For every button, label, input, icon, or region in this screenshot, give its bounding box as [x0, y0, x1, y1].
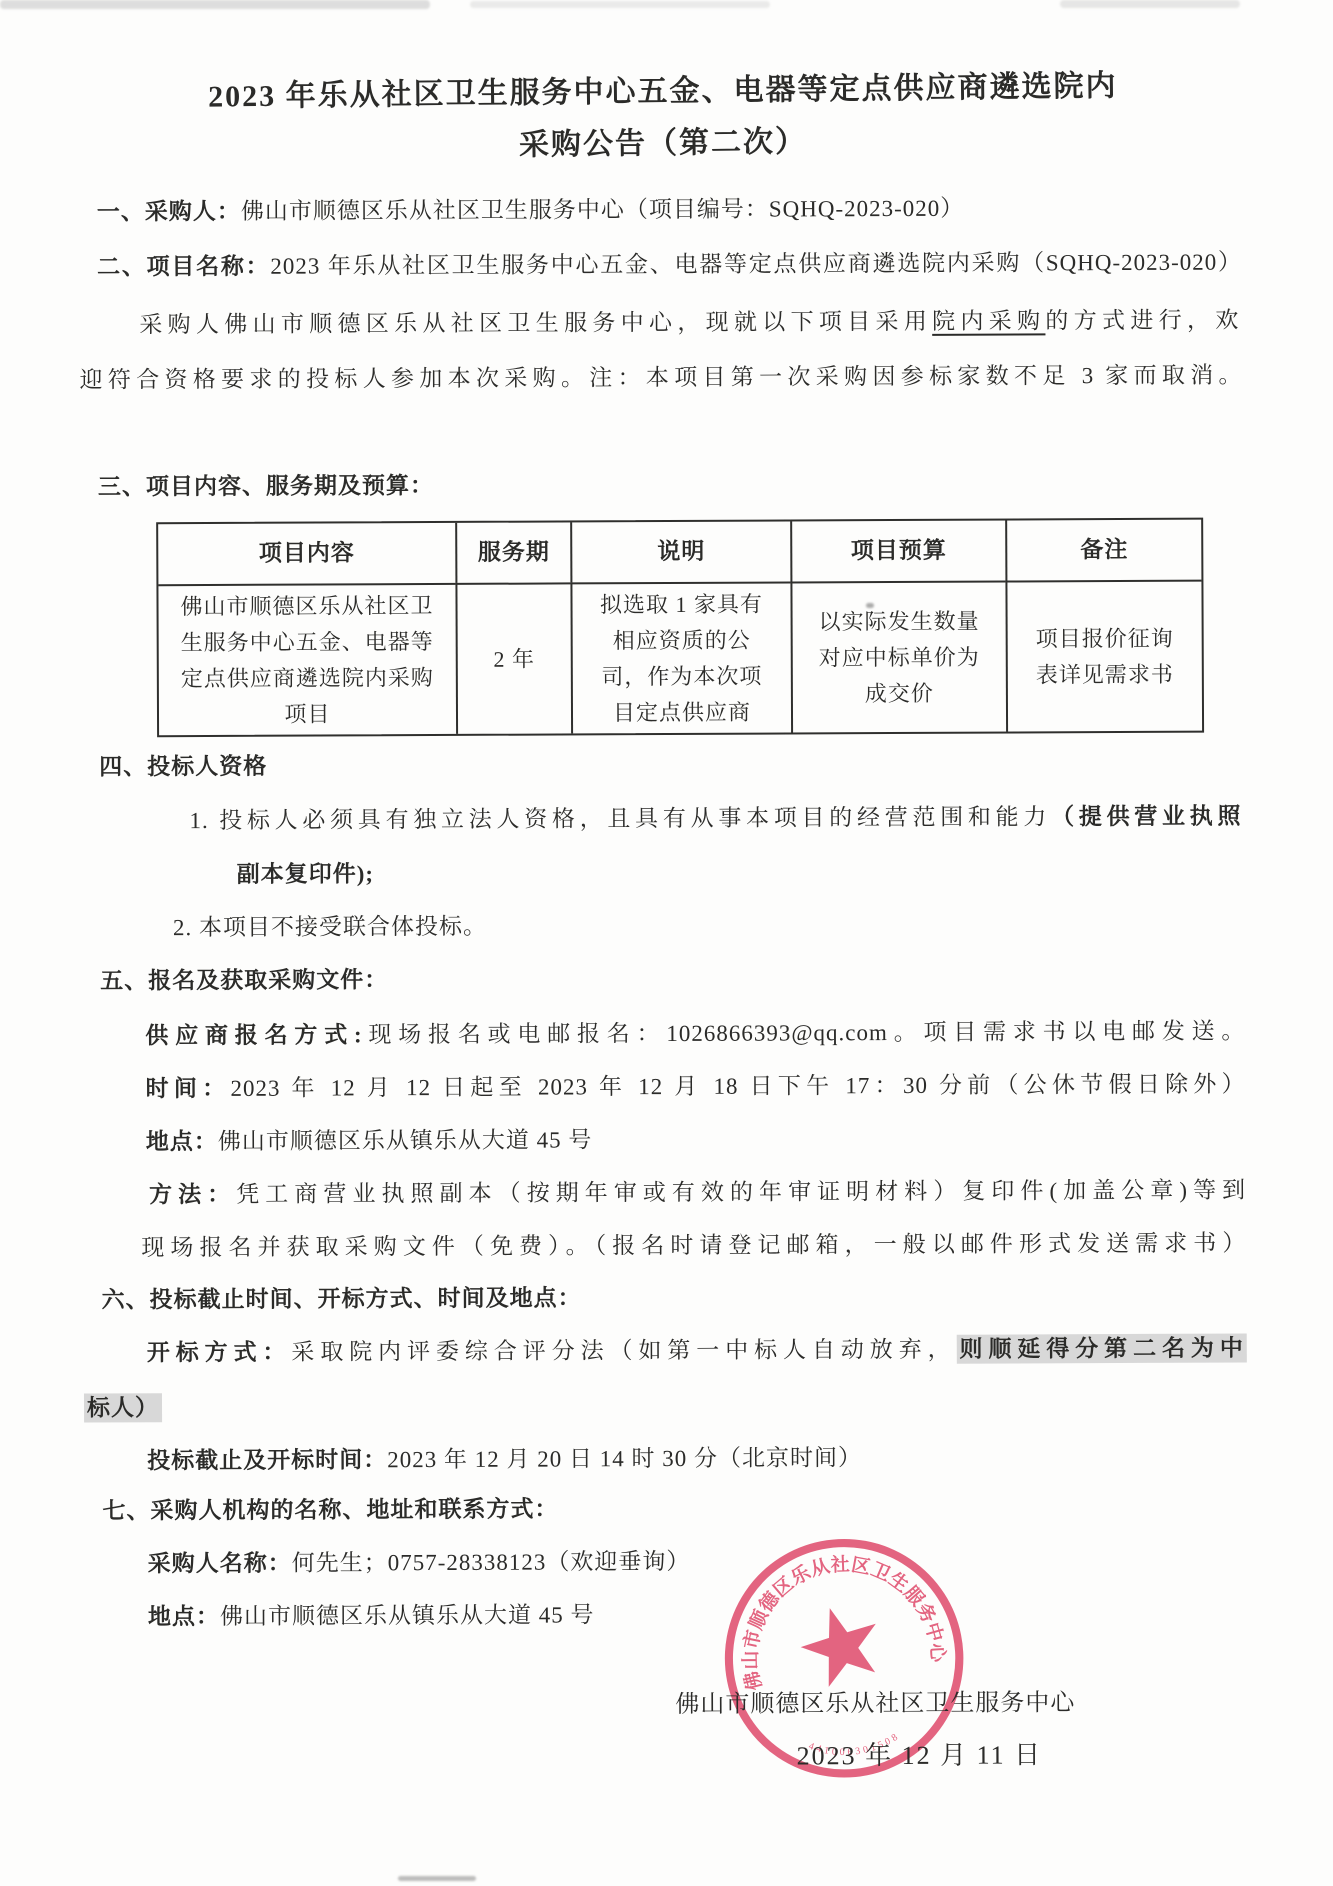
table-header-content: 项目内容 [158, 523, 455, 584]
cell-service-period: 2 年 [455, 582, 571, 734]
section-2-project-name: 二、项目名称：2023 年乐从社区卫生服务中心五金、电器等定点供应商遴选院内采购… [97, 245, 1242, 284]
table-header-row: 项目内容 服务期 说明 项目预算 备注 [158, 520, 1201, 585]
address-label: 地点： [146, 1129, 218, 1154]
project-table: 项目内容 服务期 说明 项目预算 备注 佛山市顺德区乐从社区卫生服务中心五金、电… [156, 518, 1204, 738]
intro-paragraph-line1: 采购人佛山市顺德区乐从社区卫生服务中心，现就以下项目采用院内采购的方式进行，欢 [139, 303, 1239, 342]
qualification-text: 1. 投标人必须具有独立法人资格，且具有从事本项目的经营范围和能力 [189, 804, 1051, 833]
scanned-document-page: 2023 年乐从社区卫生服务中心五金、电器等定点供应商遴选院内 采购公告（第二次… [0, 0, 1333, 1886]
contact-address-text: 佛山市顺德区乐从镇乐从大道 45 号 [220, 1602, 595, 1629]
cell-description: 拟选取 1 家具有相应资质的公司，作为本次项目定点供应商 [570, 581, 791, 733]
contact-name-line: 采购人名称：何先生；0757-28338123（欢迎垂询） [148, 1545, 691, 1581]
star-icon [792, 1596, 889, 1691]
qualification-item-1-cont: 副本复印件); [237, 857, 374, 892]
table-row: 佛山市顺德区乐从社区卫生服务中心五金、电器等定点供应商遴选院内采购项目 2 年 … [158, 580, 1202, 736]
section-6-heading: 六、投标截止时间、开标方式、时间及地点： [101, 1281, 581, 1317]
section-1-text: 佛山市顺德区乐从社区卫生服务中心（项目编号：SQHQ-2023-020） [241, 196, 965, 224]
highlighted-text: 标人） [84, 1393, 162, 1422]
section-4-heading: 四、投标人资格 [99, 750, 267, 785]
qualification-bold: （提供营业执照 [1051, 803, 1241, 829]
time-label: 时间： [146, 1076, 231, 1101]
table-header-remark: 备注 [1005, 520, 1201, 581]
contact-label: 采购人名称： [148, 1551, 292, 1577]
time-text: 2023 年 12 月 12 日起至 2023 年 12 月 18 日下午 17… [230, 1071, 1245, 1100]
section-7-heading: 七、采购人机构的名称、地址和联系方式： [102, 1492, 558, 1528]
intro-text: 的方式进行，欢 [1045, 307, 1239, 333]
underlined-term: 院内采购 [932, 308, 1045, 333]
registration-address-line: 地点：佛山市顺德区乐从镇乐从大道 45 号 [146, 1123, 593, 1159]
qualification-item-1: 1. 投标人必须具有独立法人资格，且具有从事本项目的经营范围和能力（提供营业执照 [189, 799, 1241, 838]
procedure-text: 凭工商营业执照副本（按期年审或有效的年审证明材料）复印件(加盖公章)等到 [236, 1177, 1246, 1206]
table-header-budget: 项目预算 [790, 521, 1005, 582]
bid-opening-line: 开标方式：采取院内评委综合评分法（如第一中标人自动放弃，则顺延得分第二名为中 [147, 1331, 1247, 1370]
procedure-label: 方法： [149, 1182, 236, 1207]
qualification-item-2: 2. 本项目不接受联合体投标。 [173, 910, 487, 945]
registration-time-line: 时间：2023 年 12 月 12 日起至 2023 年 12 月 18 日下午… [146, 1067, 1246, 1106]
deadline-line: 投标截止及开标时间：2023 年 12 月 20 日 14 时 30 分（北京时… [147, 1441, 862, 1478]
contact-text: 何先生；0757-28338123（欢迎垂询） [292, 1549, 691, 1576]
section-2-text: 2023 年乐从社区卫生服务中心五金、电器等定点供应商遴选院内采购（SQHQ-2… [270, 249, 1242, 278]
section-3-heading: 三、项目内容、服务期及预算： [98, 469, 434, 504]
contact-address-label: 地点： [148, 1604, 220, 1629]
table-header-period: 服务期 [455, 522, 570, 583]
deadline-text: 2023 年 12 月 20 日 14 时 30 分（北京时间） [387, 1445, 862, 1472]
registration-text: 现场报名或电邮报名：1026866393@qq.com。项目需求书以电邮发送。 [363, 1018, 1246, 1047]
registration-label: 供应商报名方式: [145, 1022, 362, 1048]
table-header-desc: 说明 [570, 521, 790, 582]
bid-opening-text: 采取院内评委综合评分法（如第一中标人自动放弃， [291, 1337, 956, 1365]
doc-title-line1: 2023 年乐从社区卫生服务中心五金、电器等定点供应商遴选院内 [0, 58, 1329, 118]
section-5-heading: 五、报名及获取采购文件： [100, 963, 388, 998]
highlighted-text: 则顺延得分第二名为中 [956, 1333, 1246, 1363]
section-1-purchaser: 一、采购人：佛山市顺德区乐从社区卫生服务中心（项目编号：SQHQ-2023-02… [97, 192, 965, 230]
address-text: 佛山市顺德区乐从镇乐从大道 45 号 [218, 1127, 593, 1154]
cell-budget: 以实际发生数量对应中标单价为成交价 [790, 581, 1006, 733]
deadline-label: 投标截止及开标时间： [147, 1447, 387, 1473]
intro-text: 采购人佛山市顺德区乐从社区卫生服务中心，现就以下项目采用 [139, 309, 932, 337]
bid-opening-label: 开标方式： [147, 1340, 292, 1366]
signature-org: 佛山市顺德区乐从社区卫生服务中心 [675, 1682, 1075, 1719]
section-2-label: 二、项目名称： [97, 254, 270, 280]
doc-title-line2: 采购公告（第二次） [0, 110, 1330, 170]
cell-project-content: 佛山市顺德区乐从社区卫生服务中心五金、电器等定点供应商遴选院内采购项目 [158, 583, 456, 735]
registration-method-line: 供应商报名方式:现场报名或电邮报名：1026866393@qq.com。项目需求… [145, 1014, 1245, 1053]
bid-opening-cont: 标人） [84, 1391, 162, 1425]
cell-remark: 项目报价征询表详见需求书 [1005, 580, 1202, 732]
intro-paragraph-line2: 迎符合资格要求的投标人参加本次采购。注：本项目第一次采购因参标家数不足 3 家而… [79, 358, 1242, 397]
section-1-label: 一、采购人： [97, 199, 241, 225]
contact-address-line: 地点：佛山市顺德区乐从镇乐从大道 45 号 [148, 1598, 595, 1634]
signature-date: 2023 年 12 月 11 日 [796, 1734, 1042, 1772]
registration-procedure-line: 方法：凭工商营业执照副本（按期年审或有效的年审证明材料）复印件(加盖公章)等到 [149, 1173, 1246, 1212]
registration-procedure-cont: 现场报名并获取采购文件（免费）。（报名时请登记邮箱，一般以邮件形式发送需求书） [141, 1226, 1246, 1265]
